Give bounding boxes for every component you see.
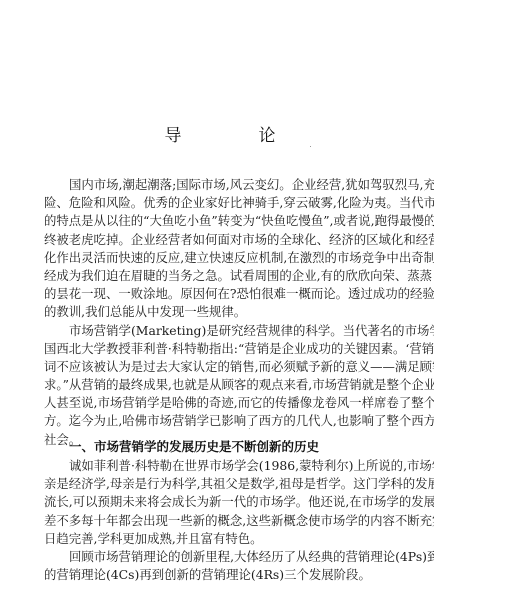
text-line: 方。迄今为止,哈佛市场营销学已影响了西方的几代人,也影响了整个西方 [44,412,434,430]
paragraph-3: 诚如菲利普·科特勒在世界市场学会(1986,蒙特利尔)上所说的,市场学的父 亲是… [44,457,434,584]
text-line: 化作出灵活而快速的反应,建立快速反应机制,在激烈的市场竞争中出奇制胜,已 [44,249,434,267]
text-line: 的特点是从以往的“大鱼吃小鱼”转变为“快鱼吃慢鱼”,或者说,跑得最慢的兔子最 [44,212,434,230]
scan-speck [310,146,311,147]
text-line: 终被老虎吃掉。企业经营者如何面对市场的全球化、经济的区域化和经营的跨国 [44,231,434,249]
text-line: 的昙花一现、一败涂地。原因何在?恐怕很难一概而论。透过成功的经验和失败 [44,285,434,303]
document-page: 导 论 国内市场,潮起潮落;国际市场,风云变幻。企业经营,犹如驾驭烈马,充满惊 … [0,0,505,615]
text-line: 日趋完善,学科更加成熟,并且富有特色。 [44,530,434,548]
text-line: 国内市场,潮起潮落;国际市场,风云变幻。企业经营,犹如驾驭烈马,充满惊 [44,176,434,194]
paragraph-1: 国内市场,潮起潮落;国际市场,风云变幻。企业经营,犹如驾驭烈马,充满惊 险、危险… [44,176,434,449]
text-line: 险、危险和风险。优秀的企业家好比神骑手,穿云破雾,化险为夷。当代市场竞争 [44,194,434,212]
text-line: 词不应该被认为是过去大家认定的销售,而必须赋予新的意义——满足顾客需 [44,358,434,376]
text-line: 人甚至说,市场营销学是哈佛的奇迹,而它的传播像龙卷风一样席卷了整个西 [44,394,434,412]
text-line: 国西北大学教授菲利普·科特勒指出:“营销是企业成功的关键因素。‘营销’一 [44,340,434,358]
text-line: 回顾市场营销理论的创新里程,大体经历了从经典的营销理论(4Ps)到现代 [44,548,434,566]
text-line: 的教训,我们总能从中发现一些规律。 [44,303,434,321]
text-line: 的营销理论(4Cs)再到创新的营销理论(4Rs)三个发展阶段。 [44,566,434,584]
text-line: 求。”从营销的最终成果,也就是从顾客的观点来看,市场营销就是整个企业。有 [44,376,434,394]
scan-speck [249,428,250,429]
text-line: 诚如菲利普·科特勒在世界市场学会(1986,蒙特利尔)上所说的,市场学的父 [44,457,434,475]
chapter-title: 导 论 [0,121,470,146]
text-line: 差不多每十年都会出现一些新的概念,这些新概念使市场学的内容不断充实,体系 [44,512,434,530]
text-line: 市场营销学(Marketing)是研究经营规律的科学。当代著名的市场学家、美 [44,322,434,340]
text-line: 亲是经济学,母亲是行为科学,其祖父是数学,祖母是哲学。这门学科的发展源远 [44,475,434,493]
text-line: 经成为我们迫在眉睫的当务之急。试看周围的企业,有的欣欣向荣、蒸蒸日上;有 [44,267,434,285]
text-line: 流长,可以预期未来将会成长为新一代的市场学。他还说,在市场学的发展史上, [44,493,434,511]
section-heading: 一、市场营销学的发展历史是不断创新的历史 [69,437,319,455]
